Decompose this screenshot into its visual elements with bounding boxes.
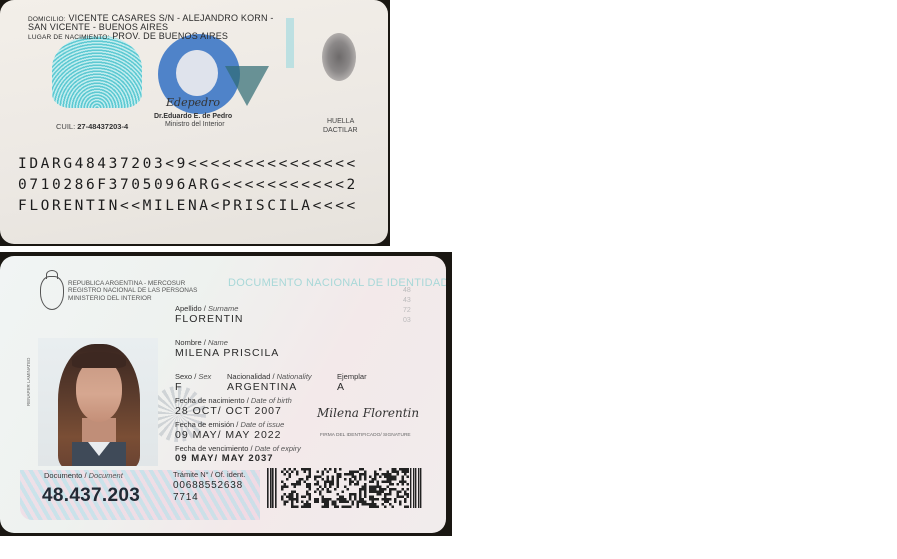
holder-signature: Milena Florentin (317, 406, 419, 420)
tramite-label: Trámite N° / Of. ident. (173, 470, 245, 479)
birthplace-value: PROV. DE BUENOS AIRES (112, 31, 228, 41)
photo-bangs (72, 352, 126, 368)
birthplace: LUGAR DE NACIMIENTO: PROV. DE BUENOS AIR… (28, 31, 228, 41)
document-title: DOCUMENTO NACIONAL DE IDENTIDAD (228, 277, 446, 289)
security-stripe (286, 18, 294, 68)
minister-title: Ministro del Interior (165, 121, 225, 128)
nationality-value: ARGENTINA (227, 381, 297, 393)
cuil: CUIL: 27-48437203-4 (56, 122, 128, 131)
cuil-value: 27-48437203-4 (77, 122, 128, 131)
mrz-line-3: FLORENTIN<<MILENA<PRISCILA<<<< (18, 198, 358, 214)
issuer-header: REPUBLICA ARGENTINA - MERCOSUR REGISTRO … (68, 280, 197, 302)
issue-value: 09 MAY/ MAY 2022 (175, 429, 281, 441)
id-card-front-frame: REPUBLICA ARGENTINA - MERCOSUR REGISTRO … (0, 252, 452, 536)
id-card-front: REPUBLICA ARGENTINA - MERCOSUR REGISTRO … (0, 256, 446, 533)
copy-value: A (337, 381, 345, 393)
birth-label: Fecha de nacimiento / Date of birth (175, 396, 292, 405)
sex-value: F (175, 381, 182, 393)
photo-face (76, 360, 122, 422)
mrz-line-2: 0710286F3705096ARG<<<<<<<<<<<2 (18, 177, 358, 193)
birth-value: 28 OCT/ OCT 2007 (175, 405, 282, 417)
fingerprint-label-1: HUELLA (327, 118, 354, 125)
photo-side-microtext: RENAPER LAMINATED (26, 358, 31, 406)
name-value: MILENA PRISCILA (175, 347, 279, 359)
birthplace-label: LUGAR DE NACIMIENTO: (28, 34, 110, 41)
issuer-line-1: REPUBLICA ARGENTINA - MERCOSUR (68, 280, 197, 287)
issuer-line-3: MINISTERIO DEL INTERIOR (68, 295, 197, 302)
mrz-line-1: IDARG48437203<9<<<<<<<<<<<<<<< (18, 156, 358, 172)
coat-of-arms-icon (40, 276, 64, 310)
minister-name: Dr.Eduardo E. de Pedro (154, 113, 232, 120)
expiry-value: 09 MAY/ MAY 2037 (175, 453, 274, 464)
pdf417-barcode (267, 468, 422, 508)
issue-label: Fecha de emisión / Date of issue (175, 420, 284, 429)
surname-label: Apellido / Surname (175, 304, 238, 313)
document-label: Documento / Document (44, 471, 123, 480)
name-label: Nombre / Name (175, 338, 228, 347)
tramite-code: 7714 (173, 492, 198, 503)
nationality-label: Nacionalidad / Nationality (227, 372, 312, 381)
minister-signature: Edepedro (166, 96, 220, 109)
side-ghost-number: 48437203 (403, 286, 411, 326)
sex-label: Sexo / Sex (175, 372, 211, 381)
holder-photo (38, 338, 158, 466)
signature-caption: FIRMA DEL IDENTIFICADO/ SIGNATURE (320, 433, 411, 438)
fingerprint-icon (322, 33, 356, 81)
id-card-back: DOMICILIO: VICENTE CASARES S/N - ALEJAND… (0, 0, 388, 244)
tramite-number: 00688552638 (173, 480, 243, 491)
cuil-label: CUIL: (56, 122, 75, 131)
guilloche-portrait-pattern (52, 36, 142, 108)
expiry-label: Fecha de vencimiento / Date of expiry (175, 444, 301, 453)
security-triangle-icon (225, 66, 269, 106)
id-card-back-frame: DOMICILIO: VICENTE CASARES S/N - ALEJAND… (0, 0, 390, 246)
issuer-line-2: REGISTRO NACIONAL DE LAS PERSONAS (68, 287, 197, 294)
fingerprint-label-2: DACTILAR (323, 127, 358, 134)
surname-value: FLORENTIN (175, 313, 244, 325)
document-number: 48.437.203 (42, 485, 140, 507)
copy-label: Ejemplar (337, 372, 367, 381)
